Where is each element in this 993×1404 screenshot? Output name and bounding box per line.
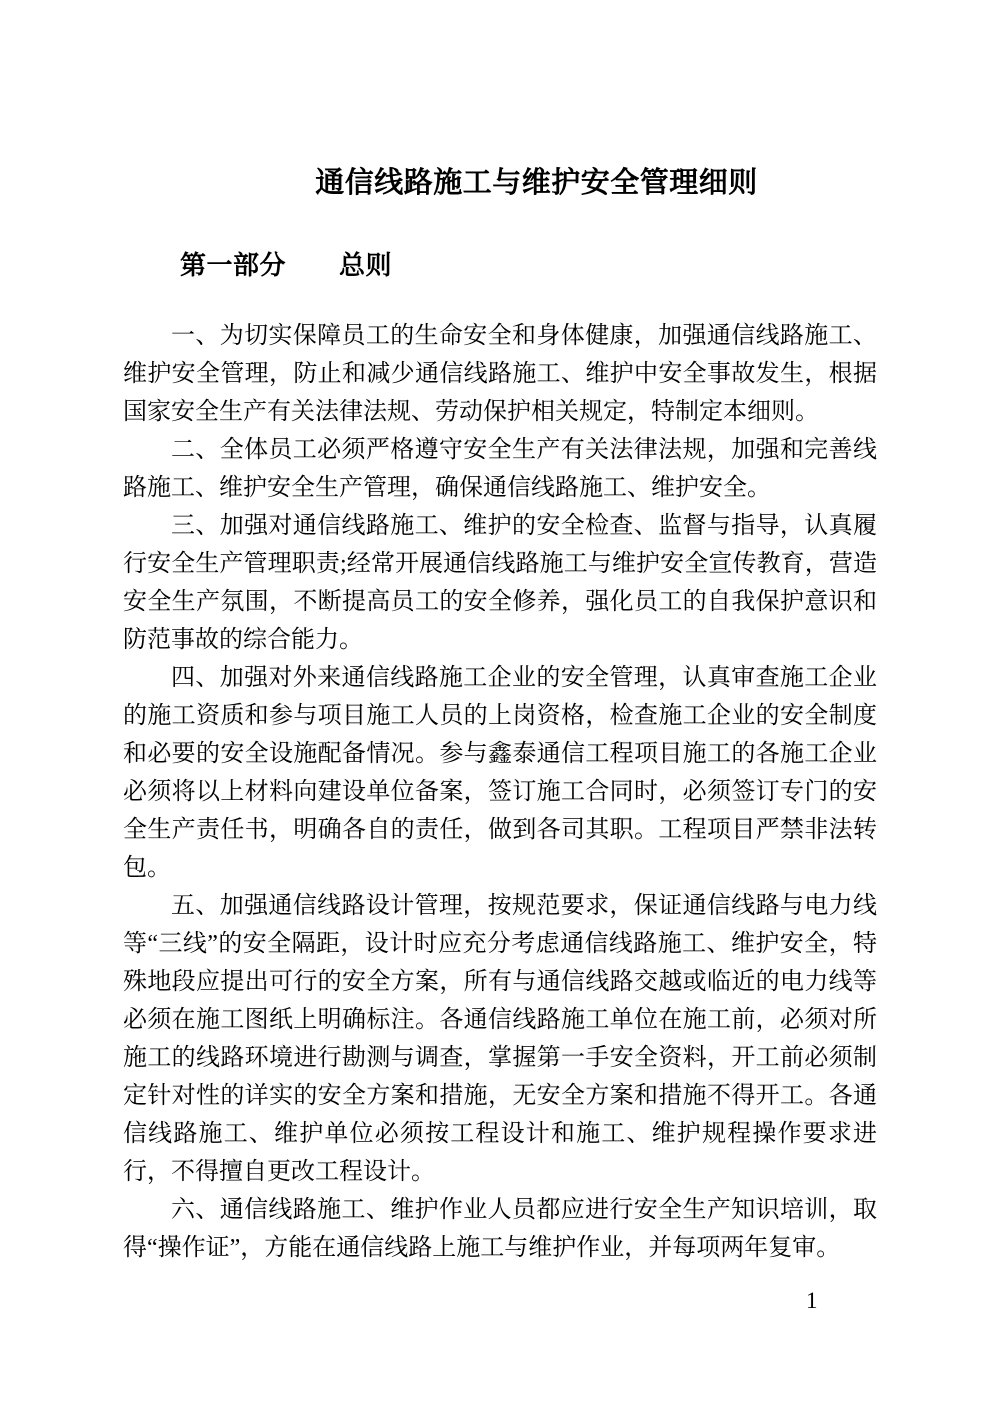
- page-number: 1: [806, 1288, 818, 1314]
- paragraph-3: 三、加强对通信线路施工、维护的安全检查、监督与指导，认真履行安全生产管理职责;经…: [123, 507, 877, 659]
- paragraph-5: 五、加强通信线路设计管理，按规范要求，保证通信线路与电力线等“三线”的安全隔距，…: [123, 887, 877, 1191]
- document-page: 通信线路施工与维护安全管理细则 第一部分 总则 一、为切实保障员工的生命安全和身…: [0, 0, 993, 1404]
- paragraph-4: 四、加强对外来通信线路施工企业的安全管理，认真审查施工企业的施工资质和参与项目施…: [123, 659, 877, 887]
- document-body: 一、为切实保障员工的生命安全和身体健康，加强通信线路施工、维护安全管理，防止和减…: [123, 317, 877, 1267]
- paragraph-2: 二、全体员工必须严格遵守安全生产有关法律法规，加强和完善线路施工、维护安全生产管…: [123, 431, 877, 507]
- paragraph-1: 一、为切实保障员工的生命安全和身体健康，加强通信线路施工、维护安全管理，防止和减…: [123, 317, 877, 431]
- document-title: 通信线路施工与维护安全管理细则: [125, 160, 878, 201]
- section-heading: 第一部分 总则: [180, 245, 392, 282]
- paragraph-6: 六、通信线路施工、维护作业人员都应进行安全生产知识培训，取得“操作证”，方能在通…: [123, 1191, 877, 1267]
